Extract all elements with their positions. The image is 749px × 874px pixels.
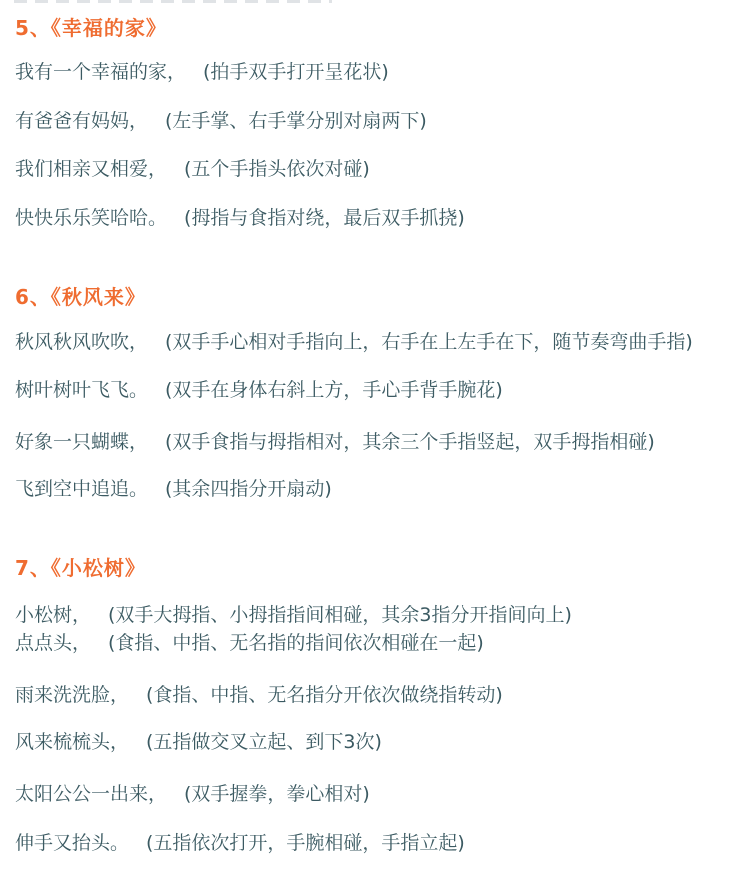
section-heading-5: 5、《幸福的家》 bbox=[15, 15, 167, 41]
article-page: 5、《幸福的家》 我有一个幸福的家，(拍手双手打开呈花状) 有爸爸有妈妈，(左手… bbox=[0, 0, 749, 874]
rhyme-line: 雨来洗洗脸，(食指、中指、无名指分开依次做绕指转动) bbox=[15, 683, 503, 707]
lyric-text: 太阳公公一出来， bbox=[15, 783, 167, 805]
lyric-text: 好象一只蝴蝶， bbox=[15, 431, 148, 453]
lyric-text: 飞到空中追追。 bbox=[15, 478, 148, 500]
rhyme-line: 我们相亲又相爱，(五个手指头依次对碰) bbox=[15, 157, 370, 181]
action-text: (双手手心相对手指向上，右手在上左手在下，随节奏弯曲手指) bbox=[165, 331, 693, 353]
lyric-text: 树叶树叶飞飞。 bbox=[15, 379, 148, 401]
action-text: (拇指与食指对绕，最后双手抓挠) bbox=[184, 207, 465, 229]
lyric-text: 我有一个幸福的家， bbox=[15, 61, 186, 83]
section-heading-7: 7、《小松树》 bbox=[15, 555, 146, 581]
rhyme-line: 小松树，(双手大拇指、小拇指指间相碰，其余3指分开指间向上) bbox=[15, 603, 572, 627]
rhyme-line: 秋风秋风吹吹，(双手手心相对手指向上，右手在上左手在下，随节奏弯曲手指) bbox=[15, 330, 693, 354]
rhyme-line: 快快乐乐笑哈哈。(拇指与食指对绕，最后双手抓挠) bbox=[15, 206, 465, 230]
action-text: (双手食指与拇指相对，其余三个手指竖起，双手拇指相碰) bbox=[165, 431, 655, 453]
action-text: (食指、中指、无名指分开依次做绕指转动) bbox=[146, 684, 503, 706]
lyric-text: 秋风秋风吹吹， bbox=[15, 331, 148, 353]
section-heading-6: 6、《秋风来》 bbox=[15, 284, 146, 310]
action-text: (双手在身体右斜上方，手心手背手腕花) bbox=[165, 379, 503, 401]
lyric-text: 伸手又抬头。 bbox=[15, 832, 129, 854]
rhyme-line: 太阳公公一出来，(双手握拳，拳心相对) bbox=[15, 782, 370, 806]
action-text: (食指、中指、无名指的指间依次相碰在一起) bbox=[108, 632, 484, 654]
lyric-text: 雨来洗洗脸， bbox=[15, 684, 129, 706]
rhyme-line: 有爸爸有妈妈，(左手掌、右手掌分别对扇两下) bbox=[15, 109, 427, 133]
cropped-text-remnant bbox=[14, 0, 332, 3]
rhyme-line: 风来梳梳头，(五指做交叉立起、到下3次) bbox=[15, 730, 382, 754]
lyric-text: 风来梳梳头， bbox=[15, 731, 129, 753]
rhyme-line: 飞到空中追追。(其余四指分开扇动) bbox=[15, 477, 332, 501]
rhyme-line: 好象一只蝴蝶，(双手食指与拇指相对，其余三个手指竖起，双手拇指相碰) bbox=[15, 430, 655, 454]
action-text: (左手掌、右手掌分别对扇两下) bbox=[165, 110, 427, 132]
rhyme-line: 伸手又抬头。(五指依次打开，手腕相碰，手指立起) bbox=[15, 831, 465, 855]
rhyme-line: 树叶树叶飞飞。(双手在身体右斜上方，手心手背手腕花) bbox=[15, 378, 503, 402]
lyric-text: 点点头， bbox=[15, 632, 91, 654]
action-text: (五指依次打开，手腕相碰，手指立起) bbox=[146, 832, 465, 854]
lyric-text: 有爸爸有妈妈， bbox=[15, 110, 148, 132]
rhyme-line: 我有一个幸福的家，(拍手双手打开呈花状) bbox=[15, 60, 389, 84]
rhyme-line: 点点头，(食指、中指、无名指的指间依次相碰在一起) bbox=[15, 631, 484, 655]
lyric-text: 我们相亲又相爱， bbox=[15, 158, 167, 180]
lyric-text: 快快乐乐笑哈哈。 bbox=[15, 207, 167, 229]
action-text: (双手握拳，拳心相对) bbox=[184, 783, 370, 805]
action-text: (拍手双手打开呈花状) bbox=[203, 61, 389, 83]
action-text: (双手大拇指、小拇指指间相碰，其余3指分开指间向上) bbox=[108, 604, 572, 626]
lyric-text: 小松树， bbox=[15, 604, 91, 626]
action-text: (五指做交叉立起、到下3次) bbox=[146, 731, 382, 753]
action-text: (五个手指头依次对碰) bbox=[184, 158, 370, 180]
action-text: (其余四指分开扇动) bbox=[165, 478, 332, 500]
